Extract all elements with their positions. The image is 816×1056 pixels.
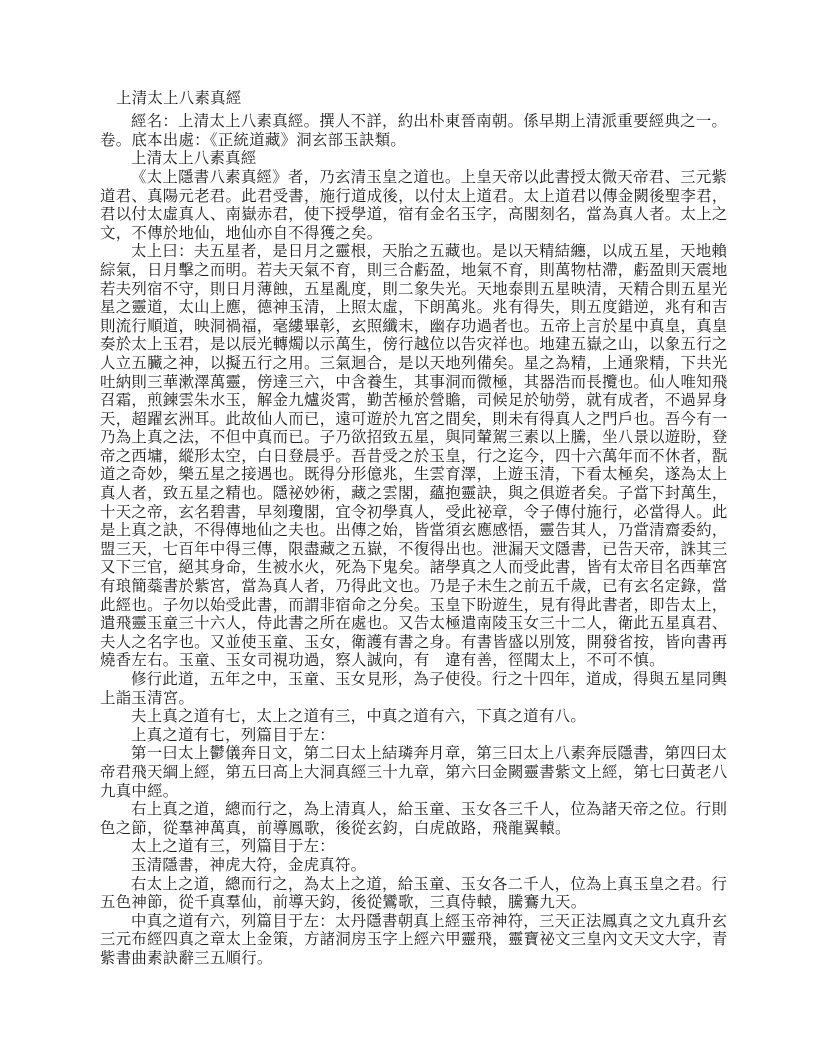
- text-line: 十天之帝，玄名碧書，早刻瓊閣，宜令初學真人，受此祕章，令子傳付施行，必當得人。此…: [100, 504, 728, 523]
- text-line: 帝君飛天綱上經，第五曰高上大洞真經三十九章，第六曰金闕靈書紫文上經，第七曰黃老八…: [100, 764, 728, 783]
- text-line: 右上真之道，總而行之，為上清真人，給玉童、玉女各三千人，位為諸天帝之位。行則三: [100, 801, 728, 820]
- text-line: 《太上隱書八素真經》者，乃玄清玉皇之道也。上皇天帝以此書授太微天帝君、三元紫精: [100, 169, 728, 188]
- text-line: 太上曰：夫五星者，是日月之靈根，天胎之五藏也。是以天精結纏，以成五星，天地賴以: [100, 243, 728, 262]
- text-line: 帝之西墉，縱形太空，白日登晨乎。吾昔受之於玉皇，行之迄今，四十六萬年而不休者，翫…: [100, 448, 728, 467]
- text-line: 召霜，煎鍊雲朱水玉，解金九爐炎霄，勤苦極於營贍，司候足於劬勞，就有成者，不過昇身…: [100, 392, 728, 411]
- text-line: 綜氣，日月擊之而明。若夫天氣不育，則三合虧盈，地氣不育，則萬物枯滯，虧盈則天震地…: [100, 262, 728, 281]
- text-line: 又下三官，絕其身命，生被水火，死為下鬼矣。諸學真之人而受此書，皆有太帝目名西華宮…: [100, 559, 728, 578]
- text-line: 五色神節，從千真羣仙，前導天鈞，後從鸞歌，三真侍轅，騰鶱九天。: [100, 894, 728, 913]
- text-line: 人立五臟之神，以擬五行之用。三氣迴合，是以天地列備矣。星之為精，上通衆精，下共光…: [100, 355, 728, 374]
- document-page: 上清太上八素真經 經名：上清太上八素真經。撰人不詳，約出朴東晉南朝。係早期上清派…: [0, 0, 816, 1056]
- text-line: 三元布經四真之章太上金策，方諸洞房玉字上經六甲靈飛，靈寶祕文三皇內文天文大字，青…: [100, 931, 728, 950]
- text-line: 吐納則三華漱澤萬靈，傍達三六，中含養生，其事洞而微極，其器浩而長攬也。仙人唯知飛…: [100, 374, 728, 393]
- text-line: 君以付太虛真人、南嶽赤君，使下授學道，宿有金名玉字，高閣刻名，當為真人者。太上之…: [100, 206, 728, 225]
- text-line: 色之節，從羣神萬真，前導鳳歌，後從玄鈞，白虎啟路，飛龍翼轅。: [100, 820, 728, 839]
- text-line: 燒香左右。玉童、玉女司視功過，察人誠向，有 違有善，徑聞太上，不可不慎。: [100, 652, 728, 671]
- text-line: 紫書曲素訣辭三五順行。: [100, 950, 728, 969]
- text-line: 則流行順道，映洞禍福，毫縷畢彰，玄照纖末，幽存功過者也。五帝上言於星中真皇，真皇…: [100, 318, 728, 337]
- text-line: 夫上真之道有七，太上之道有三，中真之道有六，下真之道有八。: [100, 708, 728, 727]
- text-line: 修行此道，五年之中，玉童、玉女見形，為子使役。行之十四年，道成，得與五星同輿，: [100, 671, 728, 690]
- text-line: 上詣玉清宮。: [100, 690, 728, 709]
- document-title: 上清太上八素真經: [100, 90, 728, 109]
- text-line: 玉清隱書，神虎大符，金虎真符。: [100, 857, 728, 876]
- text-line: 夫人之名字也。又並使玉童、玉女，衛護有書之身。有書皆盛以別笈，開發省按，皆向書再…: [100, 634, 728, 653]
- text-line: 乃為上真之法，不但中真而已。子乃欲招致五星，與同輦駕三素以上騰，坐八景以遊盼，登…: [100, 429, 728, 448]
- text-line: 是上真之訣，不得傳地仙之夫也。出傳之始，皆當須玄應感悟，靈告其人，乃當清齋委約，…: [100, 522, 728, 541]
- text-line: 奏於太上玉君，是以辰光轉燭以示萬生，傍行越位以告灾祥也。地建五嶽之山，以象五行之…: [100, 336, 728, 355]
- text-line: 道君、真陽元老君。此君受書，施行道成後，以付太上道君。太上道君以傳金闕後聖李君，…: [100, 188, 728, 207]
- text-line: 若夫列宿不守，則日月薄蝕，五星亂度，則二象失光。天地泰則五星映清，天精合則五星光…: [100, 281, 728, 300]
- text-line: 中真之道有六，列篇目于左：太丹隱書朝真上經玉帝神符，三天正法鳳真之文九真升玄文，: [100, 913, 728, 932]
- text-line: 太上之道有三，列篇目于左：: [100, 838, 728, 857]
- document-text-block: 上清太上八素真經 經名：上清太上八素真經。撰人不詳，約出朴東晉南朝。係早期上清派…: [100, 90, 728, 969]
- text-line: 有琅簡蘂書於紫宮，當為真人者，乃得此文也。乃是子未生之前五千歲，已有玄名定錄，當…: [100, 578, 728, 597]
- text-line: 經名：上清太上八素真經。撰人不詳，約出朴東晉南朝。係早期上清派重要經典之一。一: [100, 113, 728, 132]
- text-line: 卷。底本出處：《正統道藏》洞玄部玉訣類。: [100, 132, 728, 151]
- text-line: 真人者，致五星之精也。隱祕妙術，藏之雲閣，蘊抱靈訣，與之俱遊者矣。子當下封萬生，…: [100, 485, 728, 504]
- text-line: 上清太上八素真經: [100, 150, 728, 169]
- text-line: 上真之道有七，列篇目于左：: [100, 727, 728, 746]
- text-line: 此經也。子勿以始受此書，而謂非宿命之分矣。玉皇下盼遊生，見有得此書者，即告太上，…: [100, 597, 728, 616]
- text-line: 遣飛靈玉童三十六人，侍此書之所在處也。又告太極遣南陵玉女三十二人，衛此五星真君、…: [100, 615, 728, 634]
- text-line: 右太上之道，總而行之，為太上之道，給玉童、玉女各二千人，位為上真玉皇之君。行則: [100, 876, 728, 895]
- text-line: 道之奇妙，樂五星之接遇也。既得分形億兆，生雲育澤，上遊玉清，下看太極矣，遂為太上…: [100, 466, 728, 485]
- text-line: 九真中經。: [100, 783, 728, 802]
- text-line: 盟三天，七百年中得三傳，限盡藏之五嶽，不復得出也。泄漏天文隱書，已告天帝，誅其三…: [100, 541, 728, 560]
- text-line: 第一曰太上鬱儀奔日文，第二曰太上結璘奔月章，第三曰太上八素奔辰隱書，第四曰太微: [100, 745, 728, 764]
- text-line: 文，不傳於地仙，地仙亦自不得獲之矣。: [100, 225, 728, 244]
- text-line: 星之靈道，太山上應，德神玉清，上照太虛，下朗萬兆。兆有得失，則五度錯逆，兆有和吉…: [100, 299, 728, 318]
- text-line: 天，超躍玄洲耳。此故仙人而已，遠可遊於九宮之間矣，則未有得真人之門戶也。吾今有一…: [100, 411, 728, 430]
